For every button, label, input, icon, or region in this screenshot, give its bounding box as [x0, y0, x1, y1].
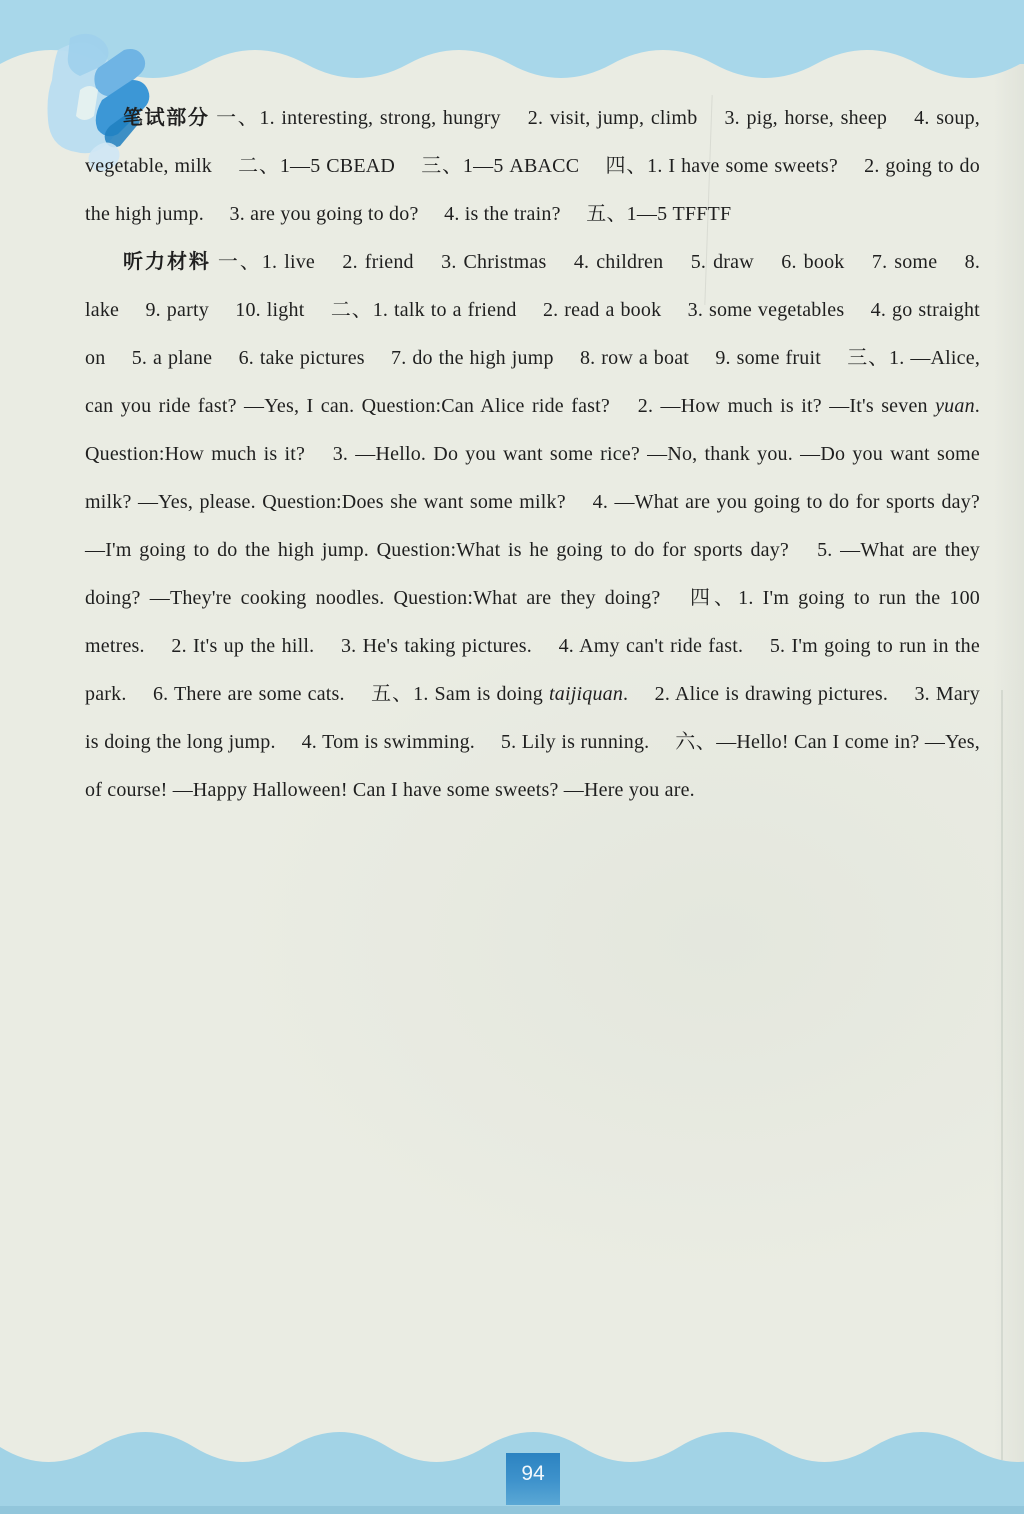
- answer-paragraph: 笔试部分 一、1. interesting, strong, hungry 2.…: [85, 94, 980, 238]
- answers: 笔试部分 一、1. interesting, strong, hungry 2.…: [85, 94, 980, 814]
- page-number: 94: [521, 1462, 544, 1486]
- section-header: 听力材料: [123, 251, 218, 273]
- page-number-tab: 94: [506, 1453, 560, 1505]
- section-header: 笔试部分: [123, 107, 216, 129]
- scan-artifact-line: [1001, 690, 1003, 1460]
- answer-paragraph: 听力材料 一、1. live 2. friend 3. Christmas 4.…: [85, 238, 980, 814]
